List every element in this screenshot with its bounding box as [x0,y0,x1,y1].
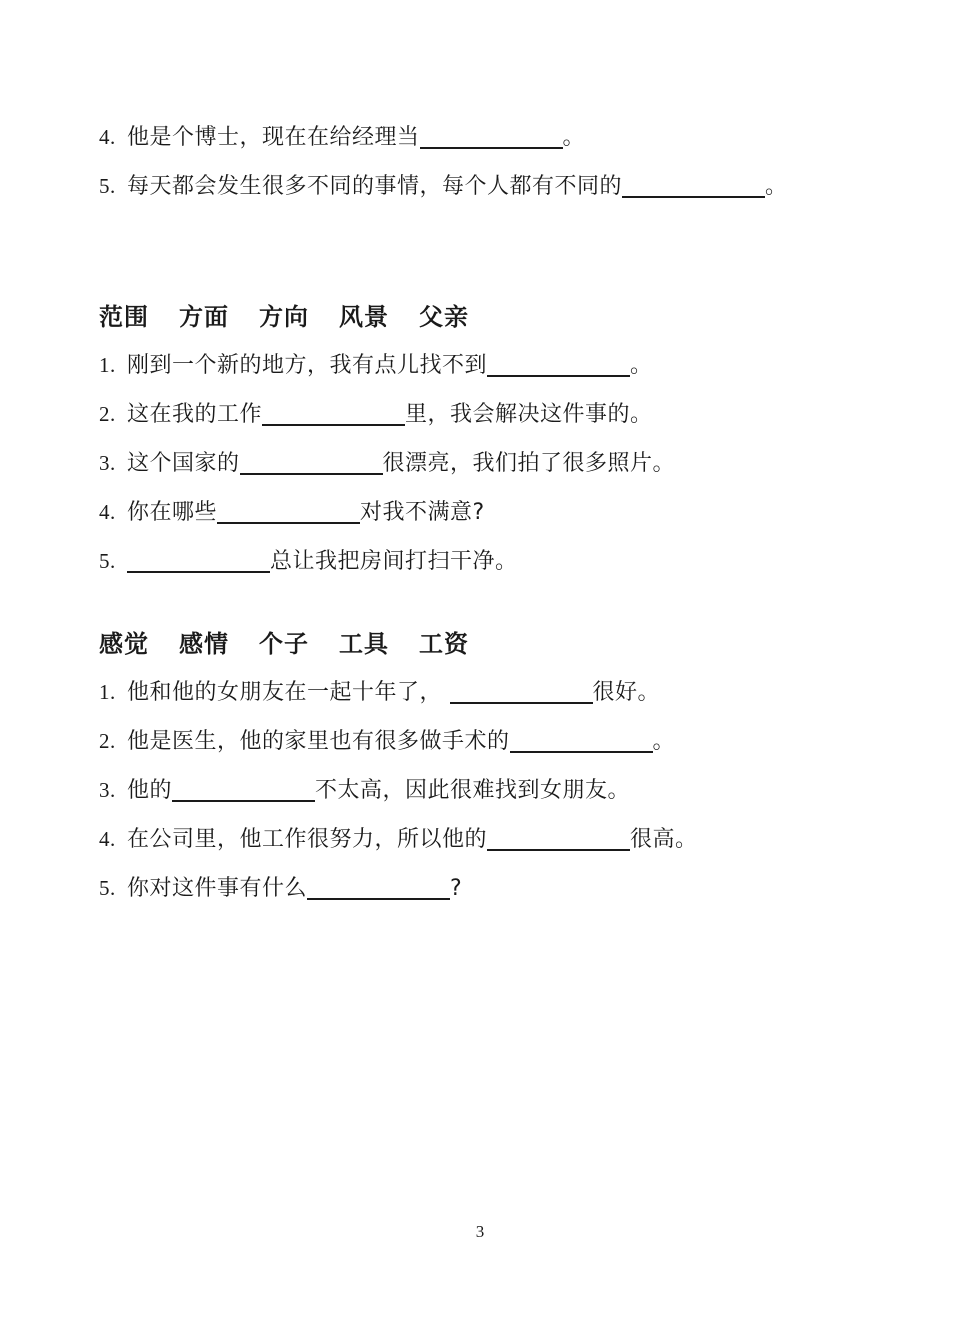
item-number: 1. [99,350,127,381]
item-number: 5. [99,873,127,904]
page-number: 3 [0,1222,960,1242]
item-text-post: 很漂亮，我们拍了很多照片。 [383,451,676,476]
exercise-item: 3.这个国家的很漂亮，我们拍了很多照片。 [99,448,900,479]
item-text-pre: 他是个博士，现在在给经理当 [127,125,420,150]
item-text-post: 总让我把房间打扫干净。 [270,549,518,574]
exercise-item: 1.他和他的女朋友在一起十年了， 很好。 [99,677,900,708]
word-bank-word: 个子 [259,630,309,658]
fill-in-blank [307,878,450,900]
item-text-post: 。 [563,125,586,150]
item-text-post: ? [450,876,462,901]
item-text-post: 。 [653,729,676,754]
fill-in-blank [450,682,593,704]
item-number: 5. [99,546,127,577]
item-text-post: 不太高，因此很难找到女朋友。 [315,778,630,803]
fill-in-blank [622,176,765,198]
word-bank-exercise-section-1: 范围方面方向风景父亲 1.刚到一个新的地方，我有点儿找不到。 2.这在我的工作里… [99,302,900,577]
word-bank: 范围方面方向风景父亲 [99,302,900,333]
exercise-item: 4.你在哪些对我不满意? [99,497,900,528]
worksheet-page: 4.他是个博士，现在在给经理当。 5.每天都会发生很多不同的事情，每个人都有不同… [0,0,960,1320]
item-text-post: 对我不满意? [360,500,485,525]
exercise-item: 3.他的不太高，因此很难找到女朋友。 [99,775,900,806]
word-bank: 感觉感情个子工具工资 [99,629,900,660]
item-text-pre: 这个国家的 [127,451,240,476]
fill-in-blank [420,127,563,149]
item-number: 4. [99,122,127,153]
item-text-pre: 你在哪些 [127,500,217,525]
word-bank-exercise-section-2: 感觉感情个子工具工资 1.他和他的女朋友在一起十年了， 很好。 2.他是医生，他… [99,629,900,904]
item-text-pre: 刚到一个新的地方，我有点儿找不到 [127,353,487,378]
word-bank-word: 工资 [419,630,469,658]
item-number: 4. [99,824,127,855]
word-bank-word: 父亲 [419,303,469,331]
item-text-pre: 他的 [127,778,172,803]
word-bank-word: 感情 [179,630,229,658]
fill-in-blank [240,453,383,475]
intro-exercise-section: 4.他是个博士，现在在给经理当。 5.每天都会发生很多不同的事情，每个人都有不同… [99,122,900,202]
exercise-item: 1.刚到一个新的地方，我有点儿找不到。 [99,350,900,381]
item-number: 2. [99,726,127,757]
item-text-post: 很好。 [593,680,661,705]
exercise-item: 2.他是医生，他的家里也有很多做手术的。 [99,726,900,757]
exercise-item: 2.这在我的工作里，我会解决这件事的。 [99,399,900,430]
item-number: 3. [99,448,127,479]
item-number: 5. [99,171,127,202]
exercise-item: 5.你对这件事有什么? [99,873,900,904]
item-number: 1. [99,677,127,708]
fill-in-blank [510,731,653,753]
item-text-pre: 你对这件事有什么 [127,876,307,901]
item-text-pre: 这在我的工作 [127,402,262,427]
fill-in-blank [487,829,630,851]
item-text-post: 很高。 [630,827,698,852]
item-text-pre: 他和他的女朋友在一起十年了， [127,680,450,705]
fill-in-blank [127,551,270,573]
exercise-item: 5.总让我把房间打扫干净。 [99,546,900,577]
item-number: 4. [99,497,127,528]
worksheet-content: 4.他是个博士，现在在给经理当。 5.每天都会发生很多不同的事情，每个人都有不同… [0,0,960,904]
word-bank-word: 方面 [179,303,229,331]
exercise-item: 4.他是个博士，现在在给经理当。 [99,122,900,153]
exercise-item: 4.在公司里，他工作很努力，所以他的很高。 [99,824,900,855]
fill-in-blank [217,502,360,524]
item-text-pre: 每天都会发生很多不同的事情，每个人都有不同的 [127,174,622,199]
word-bank-word: 工具 [339,630,389,658]
fill-in-blank [262,404,405,426]
word-bank-word: 方向 [259,303,309,331]
item-text-post: 里，我会解决这件事的。 [405,402,653,427]
item-number: 2. [99,399,127,430]
item-text-pre: 在公司里，他工作很努力，所以他的 [127,827,487,852]
fill-in-blank [172,780,315,802]
item-text-post: 。 [630,353,653,378]
fill-in-blank [487,355,630,377]
word-bank-word: 风景 [339,303,389,331]
item-number: 3. [99,775,127,806]
item-text-post: 。 [765,174,788,199]
exercise-item: 5.每天都会发生很多不同的事情，每个人都有不同的。 [99,171,900,202]
word-bank-word: 范围 [99,303,149,331]
item-text-pre: 他是医生，他的家里也有很多做手术的 [127,729,510,754]
word-bank-word: 感觉 [99,630,149,658]
